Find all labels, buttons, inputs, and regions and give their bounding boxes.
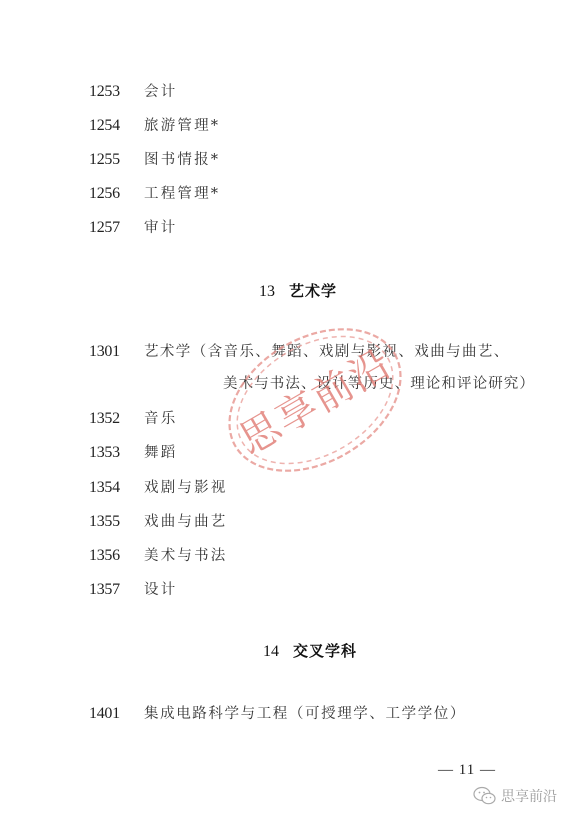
item-code: 1256 <box>89 182 139 206</box>
item-name: 集成电路科学与工程（可授理学、工学学位） <box>144 702 466 726</box>
section-title: 交叉学科 <box>293 642 357 660</box>
item-code: 1352 <box>89 407 139 431</box>
item-code: 1401 <box>89 702 139 726</box>
item-name: 美术与书法 <box>144 544 228 568</box>
watermark-text: 思享前沿 <box>501 786 557 806</box>
item-code: 1253 <box>89 80 139 104</box>
item-name: 审计 <box>144 216 177 240</box>
item-code: 1355 <box>89 510 139 534</box>
item-name: 舞蹈 <box>144 441 177 465</box>
item-name: 设计 <box>144 578 177 602</box>
item-name: 音乐 <box>144 407 177 431</box>
item-code: 1357 <box>89 578 139 602</box>
section-title: 艺术学 <box>289 282 337 300</box>
item-code: 1354 <box>89 476 139 500</box>
wechat-icon <box>473 786 497 806</box>
section-heading-13: 13艺术学 <box>8 279 580 304</box>
item-code: 1257 <box>89 216 139 240</box>
item-code: 1301 <box>89 340 139 364</box>
section-number: 13 <box>259 283 275 300</box>
item-name: 旅游管理* <box>144 114 220 138</box>
wechat-watermark: 思享前沿 <box>473 784 557 808</box>
item-name: 会计 <box>144 80 177 104</box>
page-number: — 11 — <box>438 762 496 779</box>
item-code: 1356 <box>89 544 139 568</box>
section-heading-14: 14交叉学科 <box>20 639 580 664</box>
item-name: 图书情报* <box>144 148 220 172</box>
item-code: 1255 <box>89 148 139 172</box>
item-name: 艺术学（含音乐、舞蹈、戏剧与影视、戏曲与曲艺、 <box>144 340 510 364</box>
item-name: 戏曲与曲艺 <box>144 510 228 534</box>
item-name-continuation: 美术与书法、设计等历史、理论和评论研究） <box>223 372 535 396</box>
item-name: 戏剧与影视 <box>144 476 228 500</box>
section-number: 14 <box>263 643 279 660</box>
item-name: 工程管理* <box>144 182 220 206</box>
item-code: 1353 <box>89 441 139 465</box>
item-code: 1254 <box>89 114 139 138</box>
